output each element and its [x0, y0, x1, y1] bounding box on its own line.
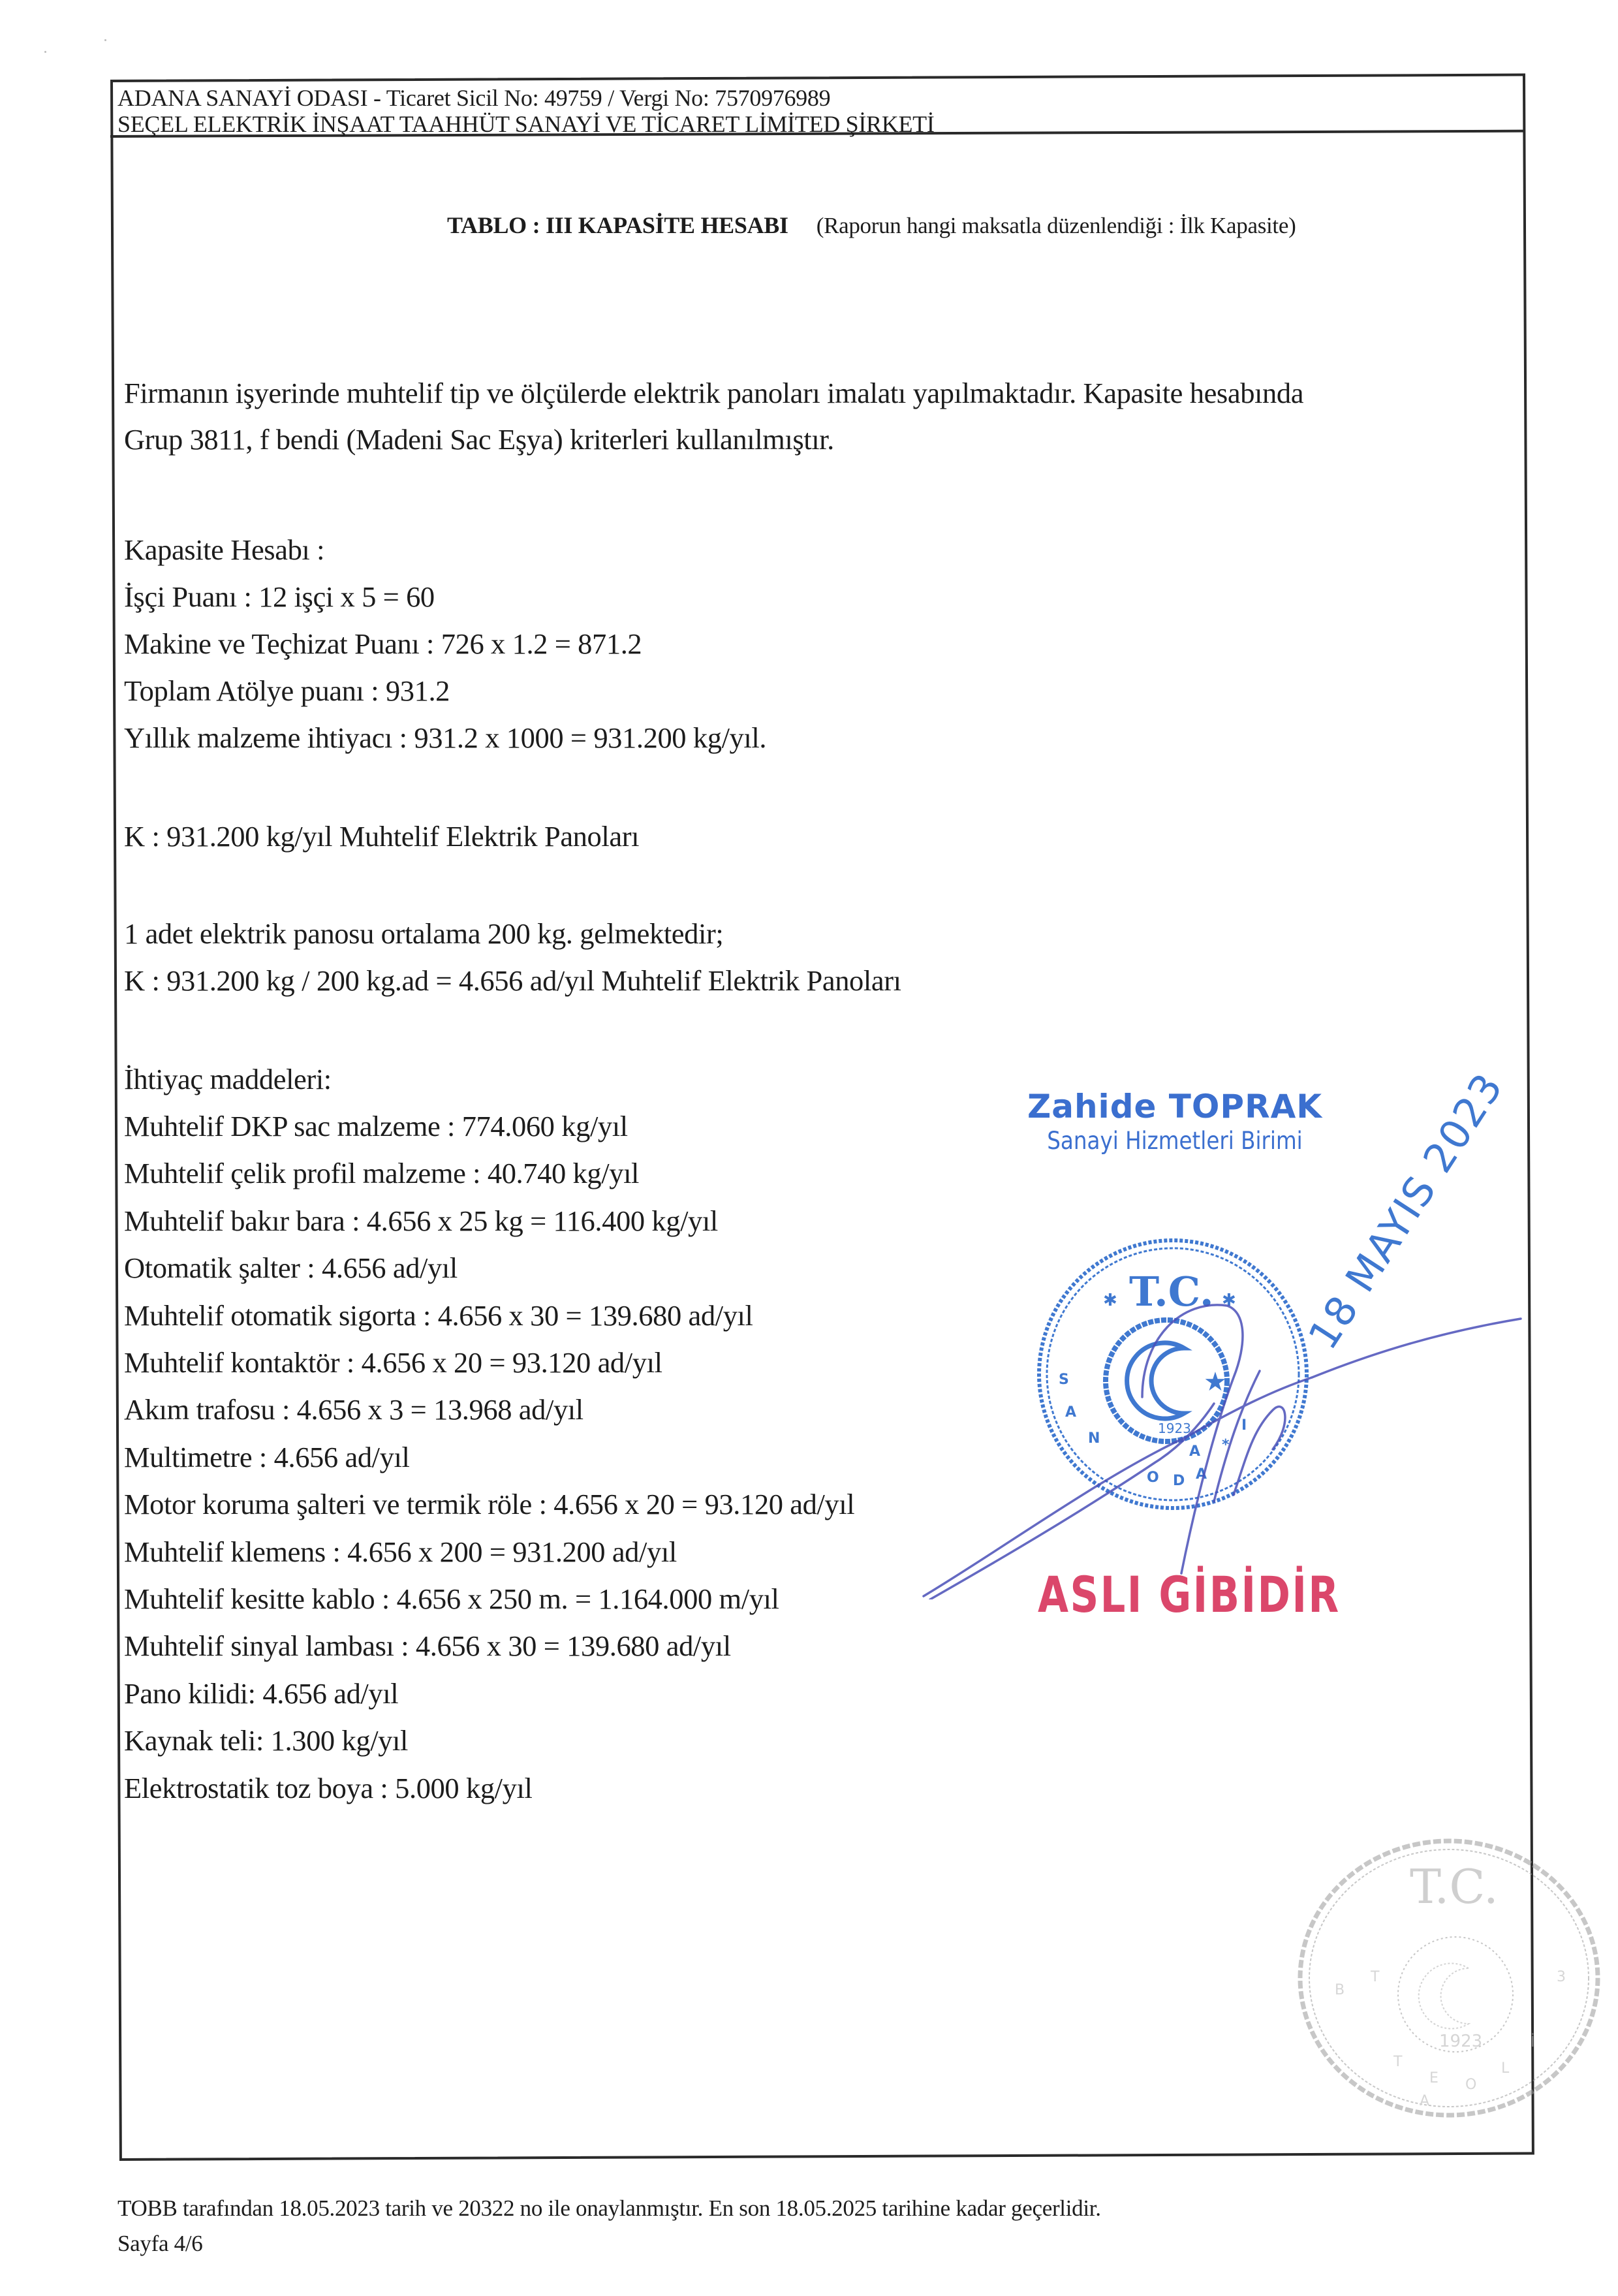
- tc-seal-icon: ★ T.C. ✱ ✱ 1923 SAN A*I ODA: [1033, 1234, 1313, 1515]
- page-number: Sayfa 4/6: [117, 2231, 202, 2257]
- svg-text:3: 3: [1557, 1969, 1566, 1985]
- svg-text:A: A: [1189, 1443, 1200, 1460]
- svg-text:T.C.: T.C.: [1410, 1859, 1499, 1914]
- calculation-line: Makine ve Teçhizat Puanı : 726 x 1.2 = 8…: [124, 627, 642, 660]
- page-title: TABLO : III KAPASİTE HESABI (Raporun han…: [447, 212, 1296, 239]
- calculation-line: Yıllık malzeme ihtiyacı : 931.2 x 1000 =…: [124, 721, 766, 754]
- requirement-item: Muhtelif otomatik sigorta : 4.656 x 30 =…: [124, 1299, 753, 1332]
- official-name: Zahide TOPRAK: [1018, 1087, 1331, 1126]
- calculation-heading: Kapasite Hesabı :: [124, 533, 324, 566]
- svg-text:1923: 1923: [1158, 1421, 1191, 1436]
- svg-text:B: B: [1335, 1982, 1345, 1998]
- svg-text:A: A: [1420, 2093, 1429, 2109]
- svg-text:1923: 1923: [1439, 2032, 1482, 2051]
- svg-text:✱: ✱: [1103, 1291, 1117, 1310]
- official-unit: Sanayi Hizmetleri Birimi: [1037, 1126, 1313, 1156]
- svg-text:T.C.: T.C.: [1129, 1268, 1214, 1315]
- svg-text:T: T: [1370, 1969, 1380, 1985]
- requirement-item: Akım trafosu : 4.656 x 3 = 13.968 ad/yıl: [124, 1393, 583, 1426]
- requirement-item: Muhtelif klemens : 4.656 x 200 = 931.200…: [124, 1535, 677, 1568]
- requirement-item: Muhtelif bakır bara : 4.656 x 25 kg = 11…: [124, 1204, 718, 1237]
- requirement-item: Muhtelif sinyal lambası : 4.656 x 30 = 1…: [124, 1629, 731, 1662]
- requirement-item: Kaynak teli: 1.300 kg/yıl: [124, 1724, 408, 1757]
- svg-text:İ: İ: [1531, 2034, 1535, 2051]
- capacity-weight: K : 931.200 kg/yıl Muhtelif Elektrik Pan…: [124, 820, 639, 853]
- intro-line-1: Firmanın işyerinde muhtelif tip ve ölçül…: [124, 377, 1303, 409]
- scan-speck: [44, 51, 46, 53]
- requirement-item: Muhtelif çelik profil malzeme : 40.740 k…: [124, 1157, 639, 1189]
- svg-text:A: A: [1196, 1466, 1207, 1483]
- requirement-item: Multimetre : 4.656 ad/yıl: [124, 1441, 409, 1473]
- svg-text:*: *: [1222, 1437, 1230, 1453]
- svg-text:S: S: [1059, 1372, 1069, 1388]
- requirement-item: Muhtelif kontaktör : 4.656 x 20 = 93.120…: [124, 1346, 662, 1379]
- requirement-item: Muhtelif kesitte kablo : 4.656 x 250 m. …: [124, 1582, 779, 1615]
- scan-speck: [104, 39, 106, 41]
- calculation-line: Toplam Atölye puanı : 931.2: [124, 674, 450, 707]
- requirement-item: Muhtelif DKP sac malzeme : 774.060 kg/yı…: [124, 1110, 628, 1142]
- requirements-heading: İhtiyaç maddeleri:: [124, 1063, 332, 1095]
- panel-weight-note: 1 adet elektrik panosu ortalama 200 kg. …: [124, 917, 723, 950]
- company-name: SEÇEL ELEKTRİK İNŞAAT TAAHHÜT SANAYİ VE …: [117, 111, 935, 137]
- svg-text:O: O: [1465, 2077, 1476, 2093]
- svg-text:I: I: [1241, 1417, 1247, 1434]
- chamber-info: ADANA SANAYİ ODASI - Ticaret Sicil No: 4…: [117, 85, 830, 111]
- svg-text:N: N: [1088, 1430, 1100, 1447]
- svg-text:A: A: [1065, 1404, 1076, 1421]
- requirement-item: Pano kilidi: 4.656 ad/yıl: [124, 1677, 398, 1710]
- report-purpose: (Raporun hangi maksatla düzenlendiği : İ…: [817, 213, 1296, 238]
- svg-text:E: E: [1429, 2070, 1439, 2086]
- svg-text:T: T: [1393, 2054, 1403, 2070]
- requirement-item: Motor koruma şalteri ve termik röle : 4.…: [124, 1488, 854, 1520]
- intro-line-2: Grup 3811, f bendi (Madeni Sac Eşya) kri…: [124, 423, 834, 456]
- requirement-item: Otomatik şalter : 4.656 ad/yıl: [124, 1251, 458, 1284]
- requirement-item: Elektrostatik toz boya : 5.000 kg/yıl: [124, 1772, 532, 1804]
- svg-text:L: L: [1501, 2060, 1510, 2077]
- svg-text:✱: ✱: [1222, 1291, 1236, 1310]
- approval-note: TOBB tarafından 18.05.2023 tarih ve 2032…: [117, 2195, 1101, 2222]
- certified-copy-stamp: ASLI GİBİDİR: [1038, 1565, 1341, 1624]
- svg-text:D: D: [1173, 1473, 1185, 1489]
- svg-text:O: O: [1147, 1470, 1159, 1486]
- official-name-stamp: Zahide TOPRAK Sanayi Hizmetleri Birimi: [1018, 1087, 1331, 1156]
- svg-text:★: ★: [1204, 1367, 1227, 1397]
- table-title: TABLO : III KAPASİTE HESABI: [447, 212, 788, 238]
- capacity-units: K : 931.200 kg / 200 kg.ad = 4.656 ad/yı…: [124, 964, 901, 997]
- calculation-line: İşçi Puanı : 12 işçi x 5 = 60: [124, 580, 435, 613]
- faded-seal-icon: T.C. 1923 BTT EOL İ3A: [1296, 1831, 1602, 2118]
